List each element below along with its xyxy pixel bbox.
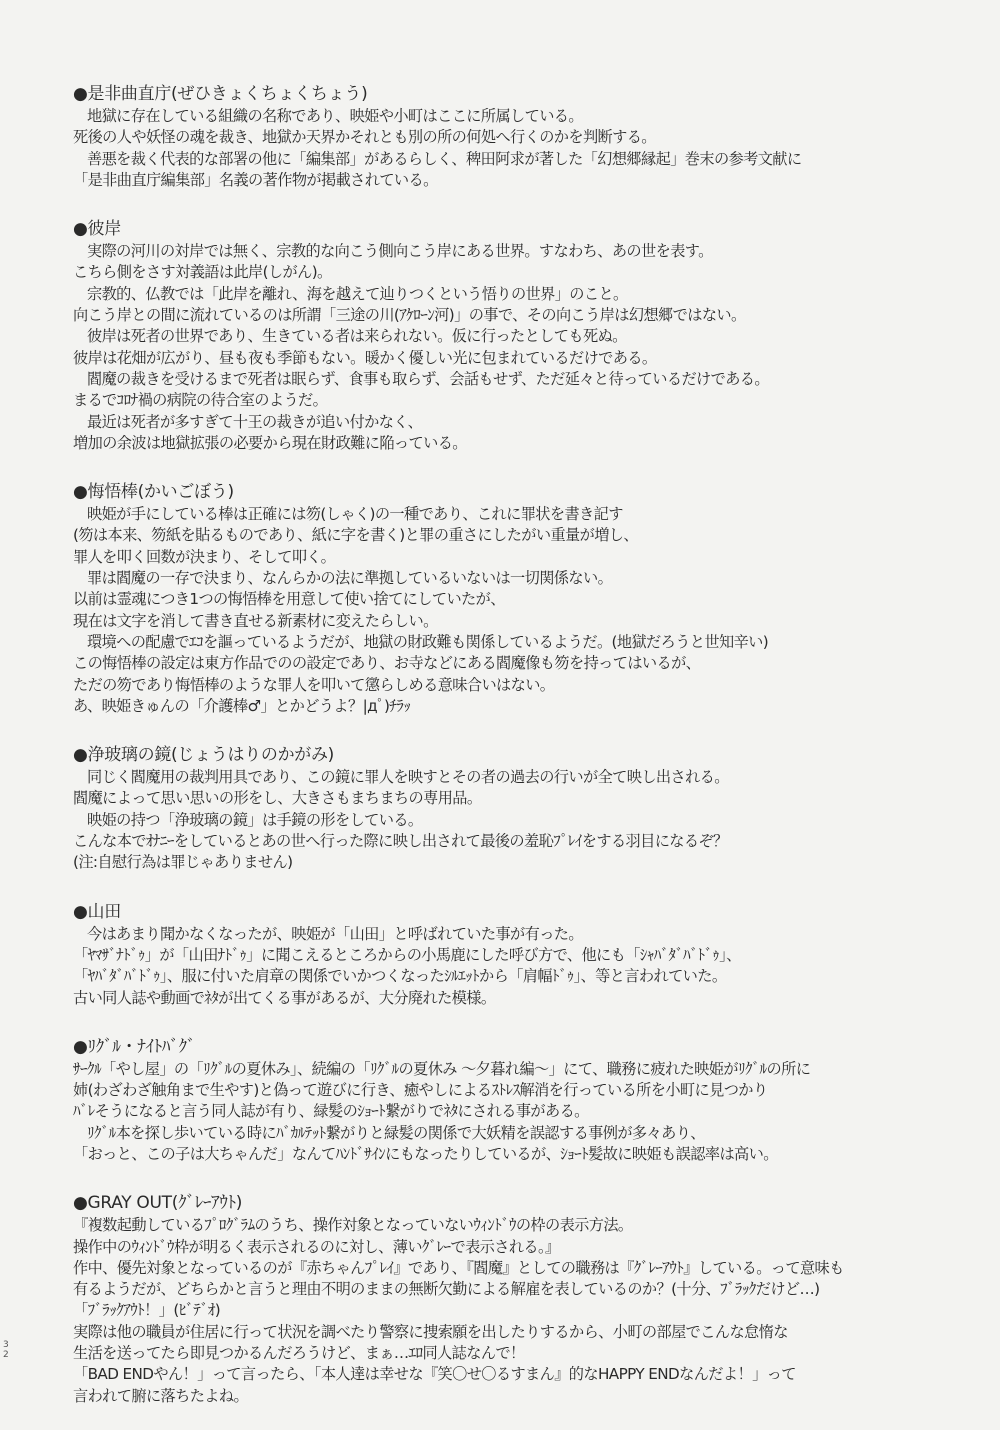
body-text-line: 増加の余波は地獄拡張の必要から現在財政難に陥っている。 (73, 433, 973, 454)
body-text-line: ただの笏であり悔悟棒のような罪人を叩いて懲らしめる意味合いはない。 (73, 675, 973, 696)
body-text-line: 善悪を裁く代表的な部署の他に「編集部」があるらしく、稗田阿求が著した「幻想郷縁起… (73, 149, 973, 170)
section-heading: ●悔悟棒(かいごぼう) (73, 480, 973, 504)
section-heading: ●是非曲直庁(ぜひきょくちょくちょう) (73, 82, 973, 106)
body-text-line: 向こう岸との間に流れているのは所謂「三途の川(ｱｹﾛｰﾝ河)」の事で、その向こう… (73, 305, 973, 326)
body-text-line: 『複数起動しているﾌﾟﾛｸﾞﾗﾑのうち、操作対象となっていないｳｨﾝﾄﾞｳの枠の… (73, 1215, 973, 1236)
section-heading: ●彼岸 (73, 217, 973, 241)
body-text-line: 閻魔の裁きを受けるまで死者は眠らず、食事も取らず、会話もせず、ただ延々と待ってい… (73, 369, 973, 390)
glossary-section: ●浄玻璃の鏡(じょうはりのかがみ)同じく閻魔用の裁判用具であり、この鏡に罪人を映… (73, 743, 973, 873)
body-text-line: 最近は死者が多すぎて十王の裁きが追い付かなく、 (73, 412, 973, 433)
body-text-line: 「おっと、この子は大ちゃんだ」なんてﾊﾝﾄﾞｻｲﾝにもなったりしているが、ｼｮｰ… (73, 1144, 973, 1165)
body-text-line: この悔悟棒の設定は東方作品でのの設定であり、お寺などにある閻魔像も笏を持ってはい… (73, 653, 973, 674)
body-text-line: 「ﾔﾊﾞﾀﾞﾊﾞﾄﾞｩ」、服に付いた肩章の関係でいかつくなったｼﾙｴｯﾄから「肩… (73, 966, 973, 987)
glossary-section: ●彼岸実際の河川の対岸では無く、宗教的な向こう側向こう岸にある世界。すなわち、あ… (73, 217, 973, 454)
body-text-line: 以前は霊魂につき1つの悔悟棒を用意して使い捨てにしていたが、 (73, 589, 973, 610)
glossary-section: ●悔悟棒(かいごぼう)映姫が手にしている棒は正確には笏(しゃく)の一種であり、こ… (73, 480, 973, 717)
body-text-line: 彼岸は死者の世界であり、生きている者は来られない。仮に行ったとしても死ぬ。 (73, 326, 973, 347)
section-spacer (73, 191, 973, 217)
section-spacer (73, 1009, 973, 1035)
body-text-line: 閻魔によって思い思いの形をし、大きさもまちまちの専用品。 (73, 788, 973, 809)
body-text-line: 同じく閻魔用の裁判用具であり、この鏡に罪人を映すとその者の過去の行いが全て映し出… (73, 767, 973, 788)
body-text-line: 実際は他の職員が住居に行って状況を調べたり警察に捜索願を出したりするから、小町の… (73, 1322, 973, 1343)
body-text-line: 操作中のｳｨﾝﾄﾞｳ枠が明るく表示されるのに対し、薄いｸﾞﾚｰで表示される。』 (73, 1237, 973, 1258)
body-text-line: 「ﾔﾏｻﾞﾅﾄﾞｩ」が「山田ﾅﾄﾞｩ」に聞こえるところからの小馬鹿にした呼び方で… (73, 945, 973, 966)
glossary-section: ●山田今はあまり聞かなくなったが、映姫が「山田」と呼ばれていた事が有った。「ﾔﾏ… (73, 900, 973, 1009)
glossary-section: ●ﾘｸﾞﾙ・ﾅｲﾄﾊﾞｸﾞｻｰｸﾙ「やし屋」の「ﾘｸﾞﾙの夏休み」、続編の「ﾘｸ… (73, 1035, 973, 1165)
body-text-line: こんな本でｵﾅﾆｰをしているとあの世へ行った際に映し出されて最後の羞恥ﾌﾟﾚｲを… (73, 831, 973, 852)
section-spacer (73, 1165, 973, 1191)
body-text-line: (注:自慰行為は罪じゃありません) (73, 852, 973, 873)
body-text-line: 現在は文字を消して書き直せる新素材に変えたらしい。 (73, 611, 973, 632)
section-heading: ●浄玻璃の鏡(じょうはりのかがみ) (73, 743, 973, 767)
body-text-line: 言われて腑に落ちたよね。 (73, 1386, 973, 1407)
body-text-line: 罪は閻魔の一存で決まり、なんらかの法に準拠しているいないは一切関係ない。 (73, 568, 973, 589)
body-text-line: ｻｰｸﾙ「やし屋」の「ﾘｸﾞﾙの夏休み」、続編の「ﾘｸﾞﾙの夏休み ～夕暮れ編～… (73, 1059, 973, 1080)
body-text-line: 古い同人誌や動画でﾈﾀが出てくる事があるが、大分廃れた模様。 (73, 988, 973, 1009)
body-text-line: (笏は本来、笏紙を貼るものであり、紙に字を書く)と罪の重さにしたがい重量が増し、 (73, 525, 973, 546)
glossary-section: ●是非曲直庁(ぜひきょくちょくちょう)地獄に存在している組織の名称であり、映姫や… (73, 82, 973, 191)
body-text-line: 実際の河川の対岸では無く、宗教的な向こう側向こう岸にある世界。すなわち、あの世を… (73, 241, 973, 262)
document-page: ●是非曲直庁(ぜひきょくちょくちょう)地獄に存在している組織の名称であり、映姫や… (73, 82, 973, 1407)
body-text-line: 「BAD ENDやん！」って言ったら、「本人達は幸せな『笑〇せ〇るすまん』的なH… (73, 1364, 973, 1385)
body-text-line: 作中、優先対象となっているのが『赤ちゃんﾌﾟﾚｲ』であり、『閻魔』としての職務は… (73, 1258, 973, 1279)
body-text-line: 生活を送ってたら即見つかるんだろうけど、まぁ…ｴﾛ同人誌なんで！ (73, 1343, 973, 1364)
body-text-line: 姉(わざわざ触角まで生やす)と偽って遊びに行き、癒やしによるｽﾄﾚｽ解消を行って… (73, 1080, 973, 1101)
page-number: 32 (3, 1340, 11, 1360)
body-text-line: 環境への配慮でｴｺを謳っているようだが、地獄の財政難も関係しているようだ。(地獄… (73, 632, 973, 653)
body-text-line: こちら側をさす対義語は此岸(しがん)。 (73, 262, 973, 283)
body-text-line: 今はあまり聞かなくなったが、映姫が「山田」と呼ばれていた事が有った。 (73, 924, 973, 945)
body-text-line: ﾊﾞﾚそうになると言う同人誌が有り、緑髪のｼｮｰﾄ繋がりでﾈﾀにされる事がある。 (73, 1101, 973, 1122)
section-heading: ●山田 (73, 900, 973, 924)
body-text-line: 彼岸は花畑が広がり、昼も夜も季節もない。暖かく優しい光に包まれているだけである。 (73, 348, 973, 369)
section-heading: ●ﾘｸﾞﾙ・ﾅｲﾄﾊﾞｸﾞ (73, 1035, 973, 1059)
section-heading: ●GRAY OUT(ｸﾞﾚｰｱｳﾄ) (73, 1191, 973, 1215)
glossary-section: ●GRAY OUT(ｸﾞﾚｰｱｳﾄ)『複数起動しているﾌﾟﾛｸﾞﾗﾑのうち、操作… (73, 1191, 973, 1407)
section-spacer (73, 874, 973, 900)
section-spacer (73, 717, 973, 743)
body-text-line: 宗教的、仏教では「此岸を離れ、海を越えて辿りつくという悟りの世界」のこと。 (73, 284, 973, 305)
body-text-line: まるでｺﾛﾅ禍の病院の待合室のようだ。 (73, 390, 973, 411)
body-text-line: 地獄に存在している組織の名称であり、映姫や小町はここに所属している。 (73, 106, 973, 127)
body-text-line: あ、映姫きゅんの「介護棒♂」とかどうよ？|дﾟ)ﾁﾗｯ (73, 696, 973, 717)
body-text-line: 罪人を叩く回数が決まり、そして叩く。 (73, 547, 973, 568)
body-text-line: 有るようだが、どちらかと言うと理由不明のままの無断欠勤による解雇を表しているのか… (73, 1279, 973, 1300)
body-text-line: 「是非曲直庁編集部」名義の著作物が掲載されている。 (73, 170, 973, 191)
body-text-line: ﾘｸﾞﾙ本を探し歩いている時にﾊﾞｶﾙﾃｯﾄ繋がりと緑髪の関係で大妖精を誤認する… (73, 1123, 973, 1144)
body-text-line: 映姫が手にしている棒は正確には笏(しゃく)の一種であり、これに罪状を書き記す (73, 504, 973, 525)
body-text-line: 映姫の持つ「浄玻璃の鏡」は手鏡の形をしている。 (73, 810, 973, 831)
section-spacer (73, 454, 973, 480)
body-text-line: 「ﾌﾞﾗｯｸｱｳﾄ！」(ﾋﾞﾃﾞｵ) (73, 1300, 973, 1321)
body-text-line: 死後の人や妖怪の魂を裁き、地獄か天界かそれとも別の所の何処へ行くのかを判断する。 (73, 127, 973, 148)
